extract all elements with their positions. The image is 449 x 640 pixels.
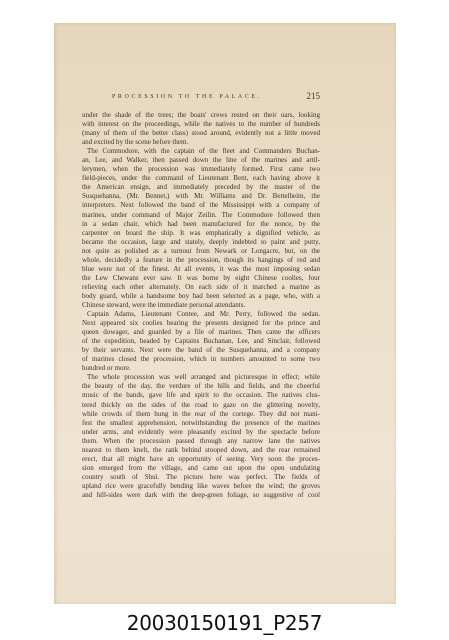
text-line: tered thickly on the sides of the road t… <box>82 401 320 410</box>
text-line: field-pieces, under the command of Lieut… <box>82 174 320 183</box>
text-line: Captain Adams, Lieutenant Contee, and Mr… <box>82 310 320 319</box>
text-line: whole, decidedly a feature in the proces… <box>82 256 320 265</box>
text-line: under the shade of the trees; the boats'… <box>82 111 320 120</box>
text-line: (many of them of the better class) stood… <box>82 129 320 138</box>
text-line: marines, under command of Major Zeilin. … <box>82 211 320 220</box>
text-line: of the expedition, headed by Captains Bu… <box>82 337 320 346</box>
text-line: country south of Shui. The picture here … <box>82 473 320 482</box>
text-line: and hill-sides were dark with the deep-g… <box>82 491 320 500</box>
text-line: hundred or more. <box>82 364 320 373</box>
text-line: with interest on the proceedings, while … <box>82 120 320 129</box>
text-line: body guard, while a handsome boy had bee… <box>82 292 320 301</box>
text-line: Next appeared six coolies bearing the pr… <box>82 319 320 328</box>
text-line: in a sedan chair, which had been manufac… <box>82 220 320 229</box>
text-line: the American ensign, and immediately pre… <box>82 183 320 192</box>
text-line: them. When the procession passed through… <box>82 437 320 446</box>
text-line: carpenter on board the ship. It was emph… <box>82 229 320 238</box>
text-line: The whole procession was well arranged a… <box>82 373 320 382</box>
text-line: music of the bands, gave life and spirit… <box>82 391 320 400</box>
text-line: blue were not of the finest. At all even… <box>82 265 320 274</box>
body-text: under the shade of the trees; the boats'… <box>82 111 320 500</box>
text-line: by their servants. Next were the band of… <box>82 346 320 355</box>
text-line: of marines closed the procession, which … <box>82 355 320 364</box>
text-line: lerymen, when the procession was immedia… <box>82 165 320 174</box>
text-line: an, Lee, and Walker, then passed down th… <box>82 156 320 165</box>
text-line: not quite as polished as a turnout from … <box>82 247 320 256</box>
text-line: the beauty of the day, the verdure of th… <box>82 382 320 391</box>
text-line: The Commodore, with the captain of the f… <box>82 147 320 156</box>
text-line: the Lew Chewans ever saw. It was borne b… <box>82 274 320 283</box>
text-line: Chinese steward, were the immediate pers… <box>82 301 320 310</box>
text-line: Susquehanna, (Mr. Bennet,) with Mr. Will… <box>82 192 320 201</box>
running-head: PROCESSION TO THE PALACE. 215 <box>82 92 320 102</box>
text-line: under arms, and evidently were pleasantl… <box>82 428 320 437</box>
text-line: and excited by the scene before them. <box>82 138 320 147</box>
text-line: fest the smallest apprehension, notwiths… <box>82 419 320 428</box>
text-line: sion emerged from the village, and came … <box>82 464 320 473</box>
text-line: while crowds of them hung in the rear of… <box>82 410 320 419</box>
image-caption: 20030150191_P257 <box>0 609 449 637</box>
text-line: queen dowager, and guarded by a file of … <box>82 328 320 337</box>
text-line: relieving each other alternately. On eac… <box>82 283 320 292</box>
text-line: erect, that all might have an opportunit… <box>82 455 320 464</box>
page-number: 215 <box>307 91 321 101</box>
text-line: nearest to them knelt, the rank behind s… <box>82 446 320 455</box>
text-line: upland rice were gracefully bending like… <box>82 482 320 491</box>
running-title: PROCESSION TO THE PALACE. <box>112 92 262 102</box>
text-line: interpreters. Next followed the band of … <box>82 201 320 210</box>
text-line: became the occasion, large and stately, … <box>82 238 320 247</box>
